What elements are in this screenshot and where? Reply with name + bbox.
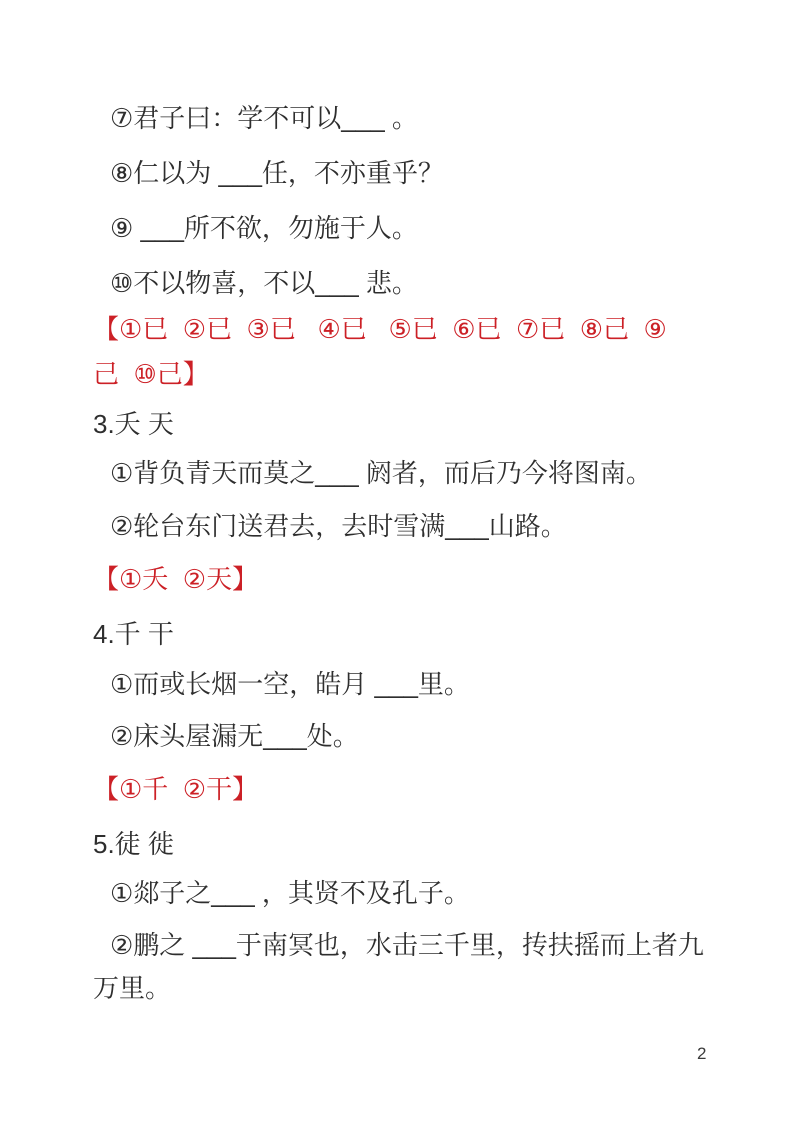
section5-question-2-line1: ②鹏之 ___于南冥也，水击三千里，抟扶摇而上者九 bbox=[110, 929, 704, 961]
section5-question-2-line2: 万里。 bbox=[93, 972, 171, 1004]
section5-question-1: ①郯子之___ ，其贤不及孔子。 bbox=[110, 877, 470, 909]
worksheet-page: ⑦君子曰：学不可以___ 。 ⑧仁以为 ___任，不亦重乎？ ⑨ ___所不欲，… bbox=[0, 0, 800, 1132]
section3-heading: 3.夭 天 bbox=[93, 408, 174, 440]
page-number: 2 bbox=[697, 1044, 706, 1064]
section4-question-2: ②床头屋漏无___处。 bbox=[110, 720, 359, 752]
question-line-10: ⑩不以物喜，不以___ 悲。 bbox=[110, 267, 418, 299]
section4-heading: 4.千 干 bbox=[93, 618, 174, 650]
question-line-8: ⑧仁以为 ___任，不亦重乎？ bbox=[110, 157, 444, 189]
section3-question-2: ②轮台东门送君去，去时雪满___山路。 bbox=[110, 510, 567, 542]
answer-key-top-line2: 己 ⑩己】 bbox=[93, 358, 209, 390]
section5-heading: 5.徒 徙 bbox=[93, 828, 174, 860]
section4-answer-key: 【①千 ②干】 bbox=[93, 773, 258, 805]
question-line-9: ⑨ ___所不欲，勿施于人。 bbox=[110, 212, 418, 244]
question-line-7: ⑦君子曰：学不可以___ 。 bbox=[110, 102, 418, 134]
section3-answer-key: 【①夭 ②天】 bbox=[93, 563, 258, 595]
section4-question-1: ①而或长烟一空，皓月 ___里。 bbox=[110, 668, 470, 700]
section3-question-1: ①背负青天而莫之___ 阏者，而后乃今将图南。 bbox=[110, 457, 652, 489]
answer-key-top-line1: 【①已 ②已 ③已 ④已 ⑤已 ⑥已 ⑦已 ⑧己 ⑨ bbox=[93, 313, 667, 345]
